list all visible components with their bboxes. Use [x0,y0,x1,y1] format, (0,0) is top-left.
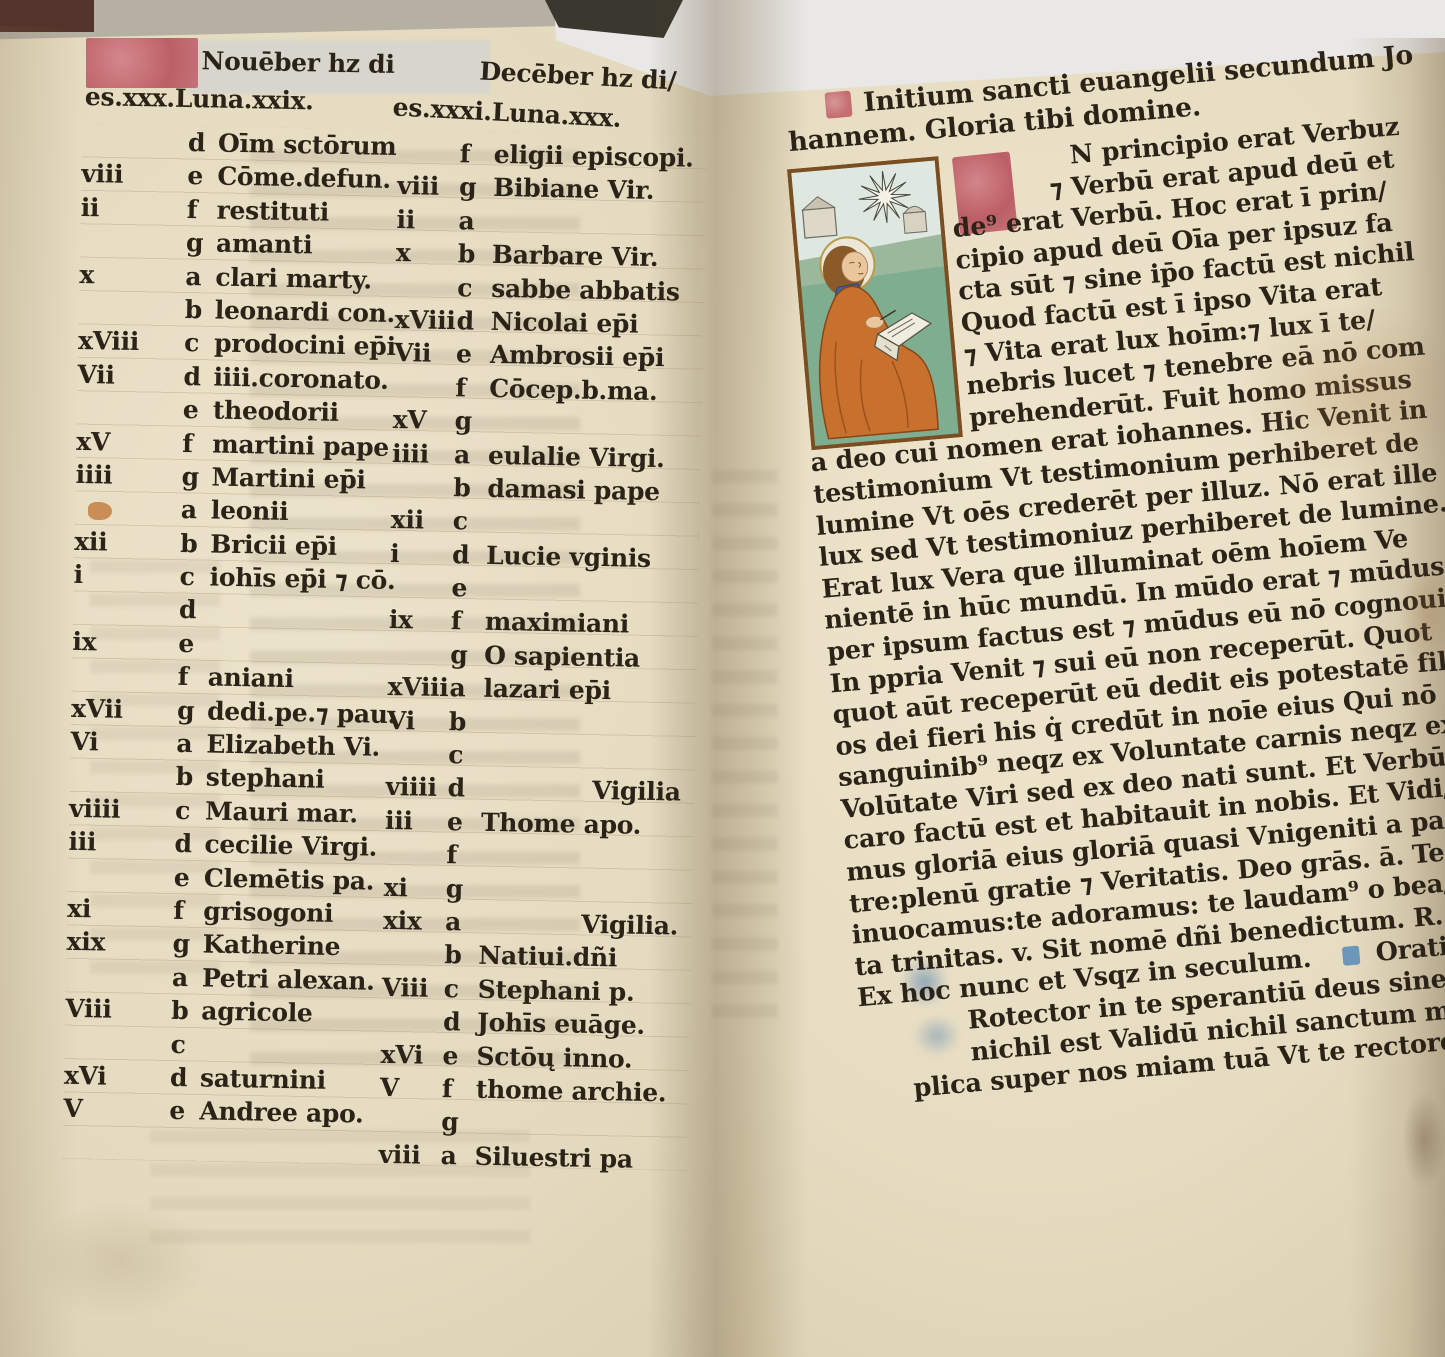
calendar-cell-nf: cecilie Virgi. [204,828,385,865]
calendar-cell-nf: Mauri mar. [205,794,386,831]
calendar-cell-nl: b [184,293,215,327]
calendar-cell-nl: e [169,1094,200,1128]
calendar-cell-dg: xViii [387,670,450,705]
calendar-cell-nl: d [179,593,210,627]
calendar-cell-ng: Vii [77,358,184,393]
calendar-cell-dl: c [457,271,492,305]
calendar-cell-df: Barbare Vir. [492,238,706,275]
calendar-cell-df [486,505,700,542]
calendar-cell-df: damasi pape [487,472,701,509]
calendar-cell-nf: iiii.coronato. [213,360,394,397]
calendar-cell-nf: Clemētis pa. [204,861,385,898]
vigil-note: Vigilia [592,774,695,809]
calendar-cell-dl: b [449,705,484,739]
calendar-cell-nl: a [185,260,216,294]
calendar-cell-dl: c [452,504,487,538]
calendar-cell-dg: x [396,236,459,271]
calendar-cell-df: Ambrosii ep̄i [490,338,704,375]
calendar-cell-dl: c [443,972,478,1006]
calendar-cell-df: O sapientia [484,639,698,676]
calendar-cell-ng [66,959,173,994]
calendar-cell-ng [70,758,177,793]
calendar-cell-ng: xVii [71,692,178,727]
calendar-cell-nl: c [184,326,215,360]
calendar-cell-nl [168,1128,199,1162]
calendar-cell-ng: xV [76,424,183,459]
calendar-cell-dl: f [460,137,495,171]
calendar-cell-dg [391,470,454,505]
calendar-cell-dl: e [447,805,482,839]
calendar-cell-ng: iii [68,825,175,860]
calendar-cell-dl: f [446,838,481,872]
calendar-cell-nl: e [178,627,209,661]
calendar-cell-dg: i [390,537,453,572]
calendar-cell-dg [393,370,456,405]
calendar-cell-df: lazari ep̄i [483,672,697,709]
calendar-cell-nl: a [172,961,203,995]
calendar-cell-dl: a [440,1139,475,1173]
calendar-cell-dg: xViii [394,303,457,338]
gospel-body-lines: N principio erat Verbuz⁊ Verbū erat apud… [775,109,1445,1111]
calendar-cell-dl: g [454,404,489,438]
calendar-cell-ng: viii [81,157,188,192]
calendar-cell-nl: e [183,393,214,427]
calendar-cell-ng [73,591,180,626]
calendar-cell-dl: d [456,304,491,338]
calendar-cell-nl: g [181,460,212,494]
calendar-cell-dg [395,270,458,305]
calendar-cell-nl: c [170,1027,201,1061]
calendar-cell-df: sabbe abbatis [491,271,705,308]
calendar-cell-dl: b [453,471,488,505]
calendar-cell-nl: e [174,860,205,894]
calendar-cell-df: maximiani [485,605,699,642]
calendar-cell-dg: ix [389,603,452,638]
calendar-cell-df [492,205,706,242]
calendar-cell-nf: martini pape [212,427,393,464]
calendar-cell-ng [82,124,189,159]
calendar-cell-nf [208,627,389,664]
calendar-cell-dl: a [458,204,493,238]
calendar-cell-nl: g [177,694,208,728]
calendar-cell-df: Cōcep.b.ma. [489,372,703,409]
calendar-cell-nl: f [182,426,213,460]
calendar-cell-nf: Elizabeth Vi. [206,728,387,765]
calendar-cell-nl: c [179,560,210,594]
calendar-cell-dg: xVi [380,1037,443,1072]
calendar-cell-nl: d [174,827,205,861]
calendar-cell-nf: grisogoni [203,894,384,931]
calendar-cell-df [482,739,696,776]
calendar-cell-dl: f [442,1072,477,1106]
calendar-cell-ng: xVi [64,1059,171,1094]
calendar-cell-df: Siluestri pa [474,1139,688,1176]
calendar-cell-dg: viii [397,169,460,204]
calendar-cell-nf: agricole [201,995,382,1032]
calendar-cell-dl: g [459,171,494,205]
calendar-cell-nf: amanti [216,227,397,264]
calendar-cell-ng [75,491,182,526]
calendar-cell-ng: iiii [75,458,182,493]
calendar-cell-dg [386,737,449,772]
calendar-cell-dl: b [458,237,493,271]
calendar-cell-ng [62,1126,169,1161]
calendar-cell-dg: viii [378,1138,441,1173]
calendar-cell-df: eulalie Virgi. [488,438,702,475]
calendar-cell-dg [382,937,445,972]
calendar-cell-ng: xi [67,892,174,927]
calendar-cell-nf: aniani [207,661,388,698]
calendar-cell-ng: V [63,1092,170,1127]
calendar-cell-dl: d [443,1005,478,1039]
calendar-cell-dg: Vii [394,336,457,371]
calendar-cell-df: Natiui.dñi [478,939,692,976]
calendar-cell-dg [381,1004,444,1039]
calendar-cell-dl: g [441,1105,476,1139]
calendar-cell-dl: c [448,738,483,772]
calendar-cell-dg: xix [383,904,446,939]
calendar-cell-dg: xi [383,871,446,906]
calendar-cell-dl: e [451,571,486,605]
calendar-cell-dl: f [455,371,490,405]
calendar-cell-nl: g [186,226,217,260]
calendar-rows: dOīm sctōrumfeligii episcopi.viiieCōme.d… [62,124,707,1171]
calendar-cell-dg: xii [390,503,453,538]
calendar-cell-dl: e [456,338,491,372]
calendar-cell-dg [389,570,452,605]
book-cover-corner [0,0,94,32]
red-paraph-mark [824,91,852,119]
calendar-cell-dl: d [452,538,487,572]
calendar-cell-dl: d [447,772,482,806]
calendar-cell-nf: Petri alexan. [202,961,383,998]
calendar-cell-nf: Martini ep̄i [211,460,392,497]
november-title: Nouēber hz di [201,44,395,81]
calendar-cell-nl: g [172,927,203,961]
calendar-cell-nf [198,1128,379,1165]
calendar-cell-dg: Viii [382,971,445,1006]
calendar-cell-nf: restituti [216,193,397,230]
open-book-photo: Nouēber hz di es.xxx.Luna.xxix. Decēber … [0,0,1445,1357]
calendar-cell-ng: xii [74,525,181,560]
calendar-cell-df: Vigilia [481,772,695,809]
calendar-cell-nl: f [177,660,208,694]
calendar-cell-nf: iohīs ep̄i ⁊ cō. [209,561,390,598]
calendar-cell-ng: xViii [78,324,185,359]
calendar-cell-df: Lucie vginis [486,539,700,576]
calendar-cell-nl: b [176,760,207,794]
calendar-cell-nl: a [176,727,207,761]
calendar-cell-df [475,1106,689,1143]
calendar-cell-dg: iiii [392,437,455,472]
calendar-cell-ng [79,291,186,326]
vigil-note: Vigilia. [581,908,693,944]
calendar-cell-nf [200,1028,381,1065]
calendar-cell-nf: leonii [211,494,392,531]
calendar-cell-df: Stephani p. [477,973,691,1010]
calendar-cell-nl: f [186,193,217,227]
calendar-cell-df [485,572,699,609]
calendar-cell-nf: prodocini ep̄i [214,327,395,364]
calendar-cell-ng: xix [66,925,173,960]
calendar-cell-df: Thome apo. [481,806,695,843]
calendar-cell-nf: Andree apo. [199,1095,380,1132]
blue-paraph-mark [1342,946,1361,966]
calendar-cell-dg: xV [392,403,455,438]
calendar-cell-nl: a [181,493,212,527]
calendar-cell-dg [384,837,447,872]
calendar-cell-nf [209,594,390,631]
calendar-cell-ng: ix [72,625,179,660]
calendar-cell-df [488,405,702,442]
calendar-cell-dg [388,637,451,672]
gospel-text-block: Initium sancti euangelii secundum Jo han… [768,37,1445,1111]
calendar-cell-dl: a [454,438,489,472]
calendar-cell-df [483,705,697,742]
calendar-cell-df [479,872,693,909]
calendar-cell-nf: clari marty. [215,260,396,297]
calendar-cell-ng [71,658,178,693]
calendar-cell-df: Nicolai ep̄i [490,305,704,342]
calendar-cell-nf: Katherine [202,928,383,965]
calendar-cell-ng: i [73,558,180,593]
calendar-cell-df [480,839,694,876]
calendar-cell-nf: dedi.pe.⁊ pau. [207,694,388,731]
calendar-cell-nl: b [171,994,202,1028]
calendar-cell-dl: g [445,872,480,906]
calendar-cell-nl: f [173,894,204,928]
calendar-cell-nl: e [187,159,218,193]
calendar-cell-nl: d [170,1061,201,1095]
calendar-cell-nf: Oīm sctōrum [218,127,399,164]
calendar-cell-ng [64,1025,171,1060]
calendar-cell-ng: Viii [65,992,172,1027]
calendar-cell-ng: ii [80,191,187,226]
calendar-cell-ng [68,858,175,893]
calendar-cell-ng: Vi [70,725,177,760]
calendar-cell-ng [80,224,187,259]
calendar-cell-ng: viiii [69,792,176,827]
calendar-cell-dl: e [442,1039,477,1073]
calendar-cell-dg: V [380,1071,443,1106]
calendar-cell-df: thome archie. [476,1073,690,1110]
calendar-cell-nf: Cōme.defun. [217,160,398,197]
calendar-cell-dl: b [444,938,479,972]
calendar-cell-dg: Vi [387,704,450,739]
calendar-cell-nl: b [180,527,211,561]
calendar-cell-dl: a [449,671,484,705]
calendar-cell-dg [379,1104,442,1139]
november-days-line: es.xxx.Luna.xxix. [85,80,314,118]
calendar-cell-dl: g [450,638,485,672]
calendar-cell-df: eligii episcopi. [494,138,708,175]
calendar-cell-nl: d [183,360,214,394]
calendar-cell-dg: iii [385,804,448,839]
calendar-cell-nf: saturnini [200,1061,381,1098]
calendar-cell-nl: d [188,126,219,160]
calendar-cell-df: Bibiane Vir. [493,171,707,208]
calendar-cell-dg: ii [396,203,459,238]
calendar-cell-nl: c [175,794,206,828]
calendar-cell-df: Sctōų inno. [476,1039,690,1076]
calendar-cell-nf: Bricii ep̄i [210,527,391,564]
calendar-cell-nf: leonardi con. [214,294,395,331]
calendar-cell-nf: theodorii [213,394,394,431]
calendar-cell-dl: f [451,605,486,639]
calendar-cell-nf: stephani [206,761,387,798]
calendar-cell-df: Johīs euāge. [477,1006,691,1043]
calendar-cell-ng [77,391,184,426]
calendar-cell-ng: x [79,258,186,293]
calendar-cell-dg: viiii [385,770,448,805]
calendar-cell-dg [398,136,461,171]
calendar-cell-df: Vigilia. [479,906,693,943]
calendar-cell-dl: a [445,905,480,939]
